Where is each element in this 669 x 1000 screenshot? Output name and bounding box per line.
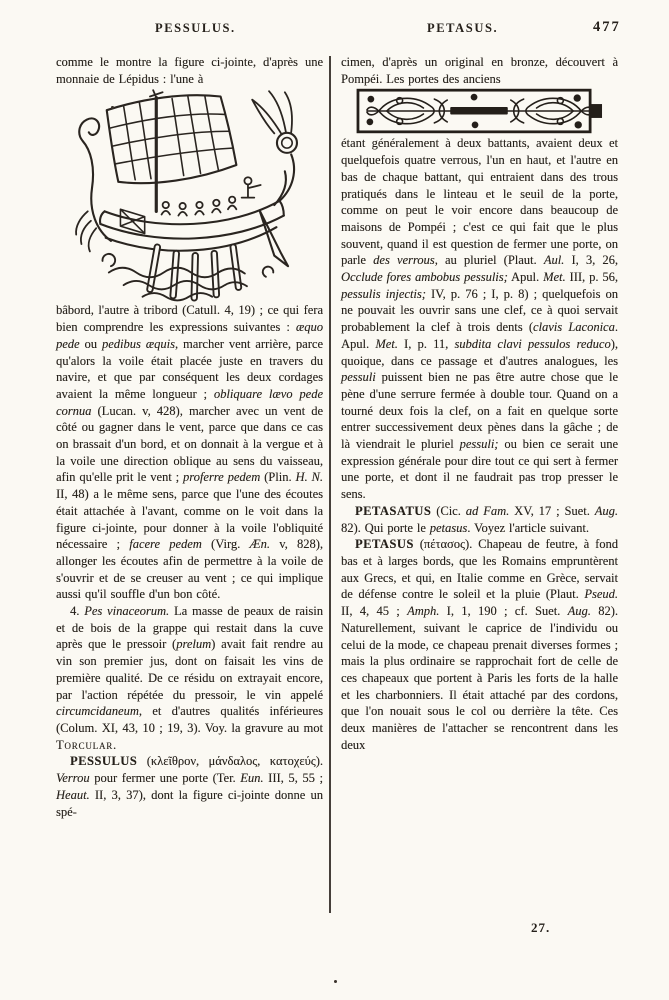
paragraph: comme le montre la figure ci-jointe, d'a… xyxy=(56,54,323,87)
page-number: 477 xyxy=(593,19,621,36)
entry-pessulus: PESSULUS (κλεῖθρον, μάνδαλος, κατοχεύς).… xyxy=(56,753,323,820)
door-bolt-engraving xyxy=(341,87,618,135)
scan-speck xyxy=(334,980,337,983)
sheet-signature-number: 27. xyxy=(531,920,550,936)
left-column: comme le montre la figure ci-jointe, d'a… xyxy=(56,54,323,820)
column-divider-rule xyxy=(329,56,331,913)
galley-ship-engraving xyxy=(56,87,323,302)
paragraph: bâbord, l'autre à tribord (Catull. 4, 19… xyxy=(56,302,323,603)
mast xyxy=(149,91,162,212)
prow-ornament xyxy=(252,92,297,206)
right-column: cimen, d'après un original en bronze, dé… xyxy=(341,54,618,753)
running-title-right: PETASUS. xyxy=(427,21,498,36)
sail-grid xyxy=(106,96,236,184)
helmsman xyxy=(241,178,260,198)
door-bolt-drawing xyxy=(355,87,605,135)
hull xyxy=(100,201,284,251)
bolt-bar xyxy=(450,107,508,114)
scan-speck xyxy=(111,106,114,109)
paragraph: cimen, d'après un original en bronze, dé… xyxy=(341,54,618,87)
waves xyxy=(102,254,273,301)
galley-ship-drawing xyxy=(73,87,307,302)
dictionary-page: PESSULUS. PETASUS. 477 comme le montre l… xyxy=(0,0,669,1000)
steering-oar xyxy=(259,211,287,267)
rowers xyxy=(161,197,236,216)
paragraph: 4. Pes vinaceorum. La masse de peaux de … xyxy=(56,603,323,753)
entry-petasatus: PETASATUS (Cic. ad Fam. XV, 17 ; Suet. A… xyxy=(341,503,618,536)
stern-volute xyxy=(76,119,111,252)
entry-petasus: PETASUS (πέτασος). Chapeau de feutre, à … xyxy=(341,536,618,753)
paragraph: étant généralement à deux battants, avai… xyxy=(341,135,618,502)
running-title-left: PESSULUS. xyxy=(155,21,236,36)
